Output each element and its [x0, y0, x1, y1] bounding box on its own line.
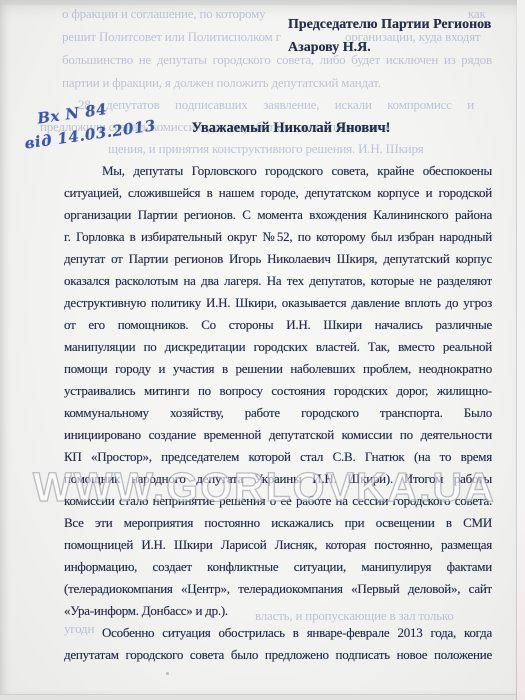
- body-line: информацию, создает конфликтные ситуации…: [64, 556, 492, 578]
- bleedthrough-line: решит Политсовет или Политисполком г: [62, 29, 281, 45]
- body-line: помощницей И.Н. Шкири Ларисой Лисняк, ко…: [64, 534, 492, 556]
- body-line: инициировано создание временной депутатс…: [64, 424, 492, 446]
- scanned-letter: о фракции и соглашение, по которому как …: [0, 0, 525, 700]
- bleedthrough-line: о фракции и соглашение, по которому: [62, 6, 265, 22]
- body-line: от его помощников. Со стороны И.Н. Шкири…: [64, 314, 492, 336]
- salutation: Уважаемый Николай Янович!: [64, 120, 492, 137]
- scan-edge-right: [517, 0, 525, 700]
- body-line: устраивались митинги по вопросу состояни…: [64, 380, 492, 402]
- body-line: манипуляции по дискредитации городских в…: [64, 336, 492, 358]
- body-line: депутатам городского совета было предлож…: [64, 644, 492, 666]
- body-line: организации Партии регионов. С момента в…: [64, 204, 492, 226]
- body-line: «Ура-информ. Донбасс» и др.).: [64, 600, 492, 622]
- body-line: (телерадиокомпания «Центр», телерадиоком…: [64, 578, 492, 600]
- scan-speck: [166, 672, 169, 675]
- scan-edge-top: [0, 0, 525, 5]
- body-paragraph-1: Мы, депутаты Горловского городского сове…: [64, 160, 492, 622]
- paper-edge-line: [516, 0, 517, 700]
- body-paragraph-2: Особенно ситуация обострилась в январе-ф…: [64, 622, 492, 666]
- body-line: г. Горловка в избирательный округ №52, п…: [64, 226, 492, 248]
- recipient-title: Председателю Партии Регионов: [288, 13, 491, 36]
- body-line: помощи городу и участия в решении наболе…: [64, 358, 492, 380]
- body-line: ситуацией, сложившейся в нашем городе, д…: [64, 182, 492, 204]
- scan-edge-bottom: [0, 694, 525, 700]
- body-line: депутат от Партии регионов Игорь Николае…: [64, 248, 492, 270]
- body-line: коммунальному хозяйству, работе городско…: [64, 402, 492, 424]
- bleedthrough-line: партии и фракции, я должен положить депу…: [62, 75, 381, 91]
- recipient-name: Азарову Н.Я.: [288, 36, 491, 59]
- body-line: Мы, депутаты Горловского городского сове…: [64, 160, 492, 182]
- recipient-block: Председателю Партии Регионов Азарову Н.Я…: [288, 13, 491, 59]
- site-watermark: WWW.GORLOVKA.UA: [33, 464, 496, 511]
- body-line: деструктивную политику И.Н. Шкири, оказы…: [64, 292, 492, 314]
- body-line: оказался расколотым на два лагеря. На те…: [64, 270, 492, 292]
- body-line: Все эти мероприятия постоянно искажались…: [64, 512, 492, 534]
- bleedthrough-line: щения, и принятия конструктивного решени…: [108, 141, 424, 157]
- body-line: Особенно ситуация обострилась в январе-ф…: [64, 622, 492, 644]
